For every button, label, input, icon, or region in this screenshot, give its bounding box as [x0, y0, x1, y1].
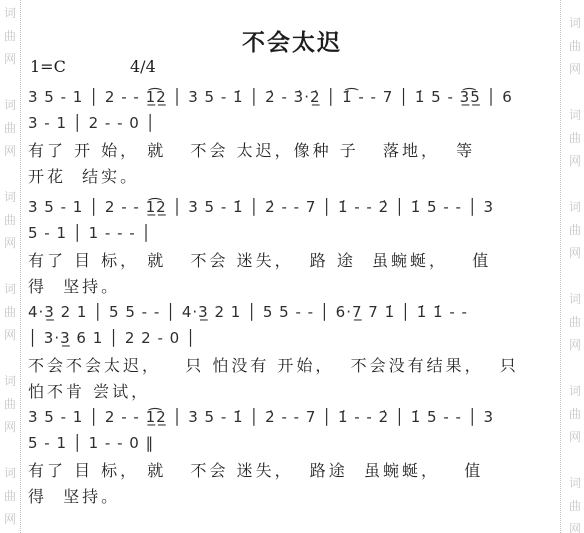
- lyrics-line: 有了 目 标， 就 不会 迷失， 路途 虽蜿蜒， 值: [28, 458, 556, 484]
- watermark-right: 词 曲 网 词 曲 网 词 曲 网 词 曲 网 词 曲 网 词 曲 网: [568, 12, 582, 533]
- lyrics-line: 开花 结实。: [28, 164, 556, 190]
- notation-line: 3 5 - 1 │ 2 - - 1̲͡2̲ │ 3 5 - 1̇ │ 2̇ - …: [28, 84, 556, 110]
- lyrics-line: 不会不会太迟， 只 怕没有 开始， 不会没有结果， 只: [28, 353, 556, 379]
- notation-line: 3 5 - 1 │ 2 - - 1̲͡2̲ │ 3 5 - 1̇ │ 2̇ - …: [28, 404, 556, 430]
- key-signature: 1=C: [30, 57, 66, 76]
- lyrics-line: 怕不肯 尝试，: [28, 379, 556, 405]
- notation-line: 5 - 1 │ 1 - - 0 ‖: [28, 430, 556, 456]
- music-system-2: 3 5 - 1 │ 2 - - 1̲͡2̲ │ 3 5 - 1̇ │ 2̇ - …: [28, 194, 556, 300]
- notation-line: 3 5 - 1 │ 2 - - 1̲͡2̲ │ 3 5 - 1̇ │ 2̇ - …: [28, 194, 556, 220]
- time-signature: 4/4: [130, 57, 156, 76]
- lyrics-line: 得 坚持。: [28, 274, 556, 300]
- notation-line: 4·3̲ 2 1 │ 5 5 - - │ 4·3̲ 2 1 │ 5 5 - - …: [28, 299, 556, 325]
- notation-line: │ 3·3̲ 6 1 │ 2 2 - 0 │: [28, 325, 556, 351]
- lyrics-line: 得 坚持。: [28, 484, 556, 510]
- sheet-music-page: 词 曲 网 词 曲 网 词 曲 网 词 曲 网 词 曲 网 词 曲 网 词 曲 …: [0, 0, 584, 533]
- right-dotted-divider: [560, 0, 561, 533]
- music-system-1: 3 5 - 1 │ 2 - - 1̲͡2̲ │ 3 5 - 1̇ │ 2̇ - …: [28, 84, 556, 190]
- song-title: 不会太迟: [0, 24, 584, 57]
- watermark-left: 词 曲 网 词 曲 网 词 曲 网 词 曲 网 词 曲 网 词 曲 网: [3, 2, 17, 531]
- music-system-4: 3 5 - 1 │ 2 - - 1̲͡2̲ │ 3 5 - 1̇ │ 2̇ - …: [28, 404, 556, 510]
- left-dotted-divider: [20, 0, 21, 533]
- lyrics-line: 有了 开 始， 就 不会 太迟，像种 子 落地， 等: [28, 138, 556, 164]
- music-system-3: 4·3̲ 2 1 │ 5 5 - - │ 4·3̲ 2 1 │ 5 5 - - …: [28, 299, 556, 405]
- lyrics-line: 有了 目 标， 就 不会 迷失， 路 途 虽蜿蜒， 值: [28, 248, 556, 274]
- notation-line: 3 - 1 │ 2 - - 0 │: [28, 110, 556, 136]
- notation-line: 5 - 1 │ 1 - - - │: [28, 220, 556, 246]
